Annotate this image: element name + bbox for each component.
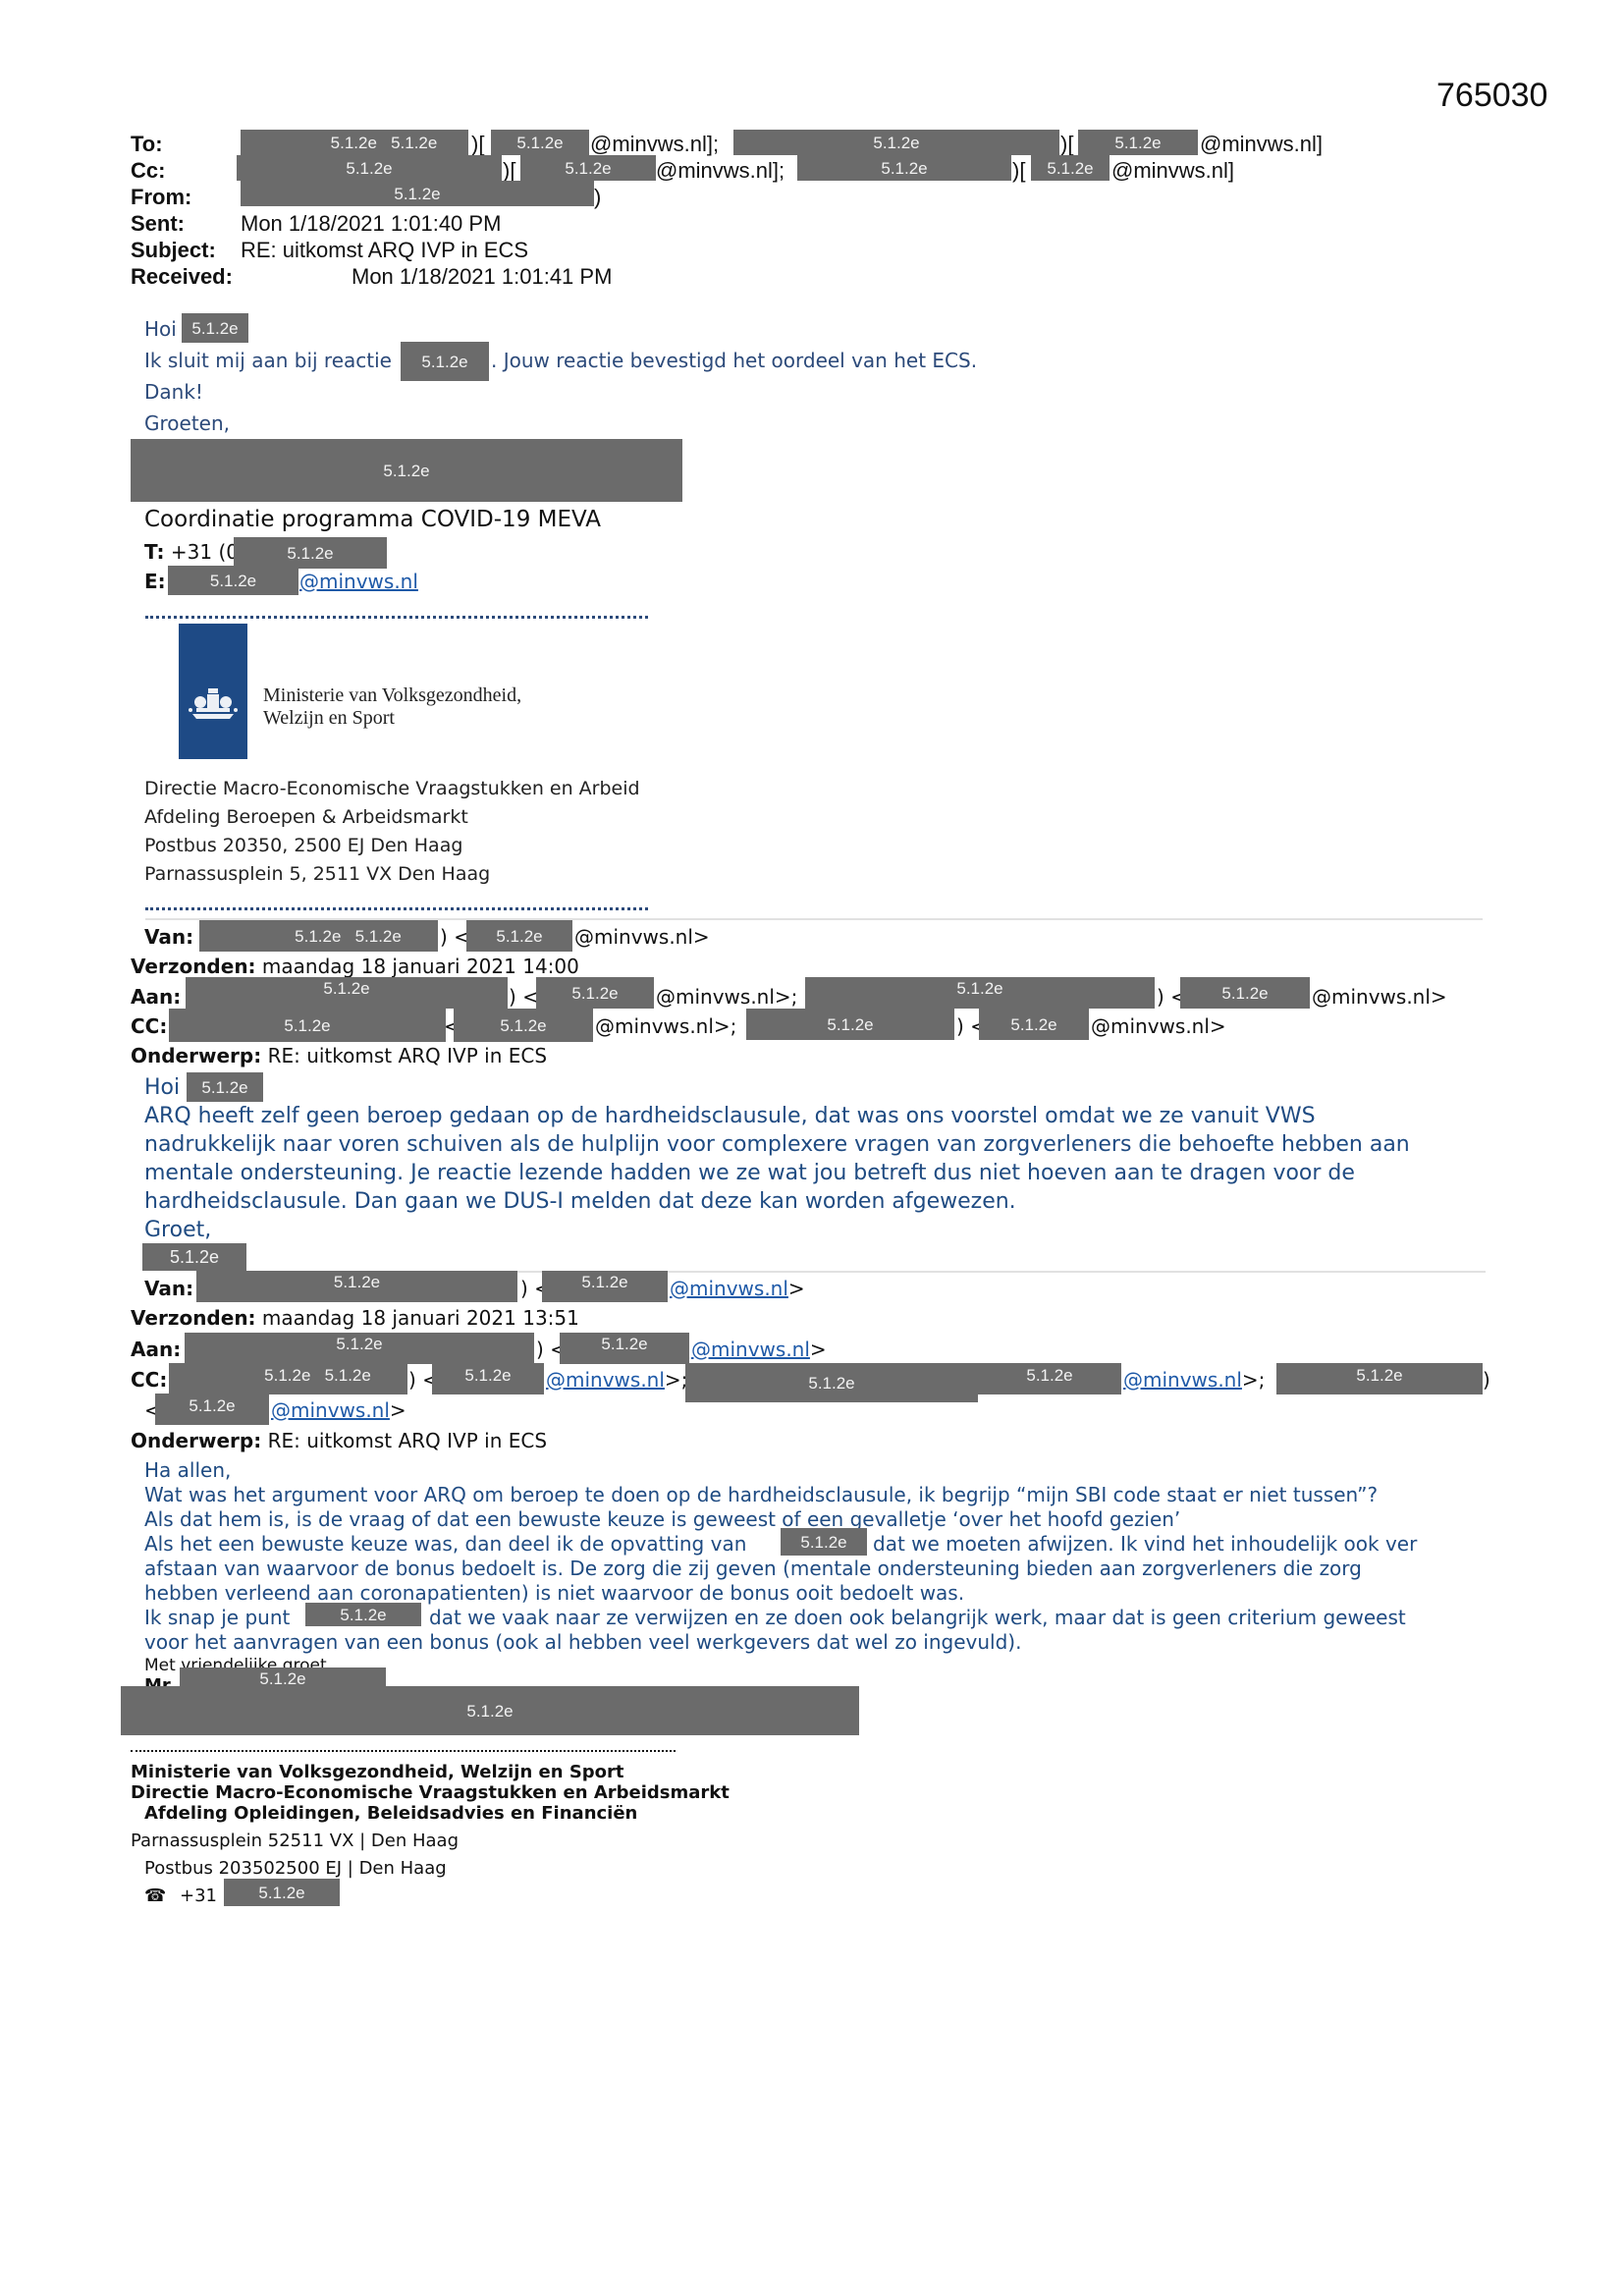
redaction: 5.1.2e [305, 1603, 421, 1626]
redacted-signature-name: 5.1.2e [121, 1686, 859, 1735]
redaction: 5.1.2e [491, 130, 589, 155]
email-link[interactable]: @minvws.nl [691, 1338, 810, 1361]
coat-of-arms-icon [179, 624, 247, 759]
redaction: 5.1.2e [155, 1394, 269, 1425]
redaction: 5.1.2e [224, 1879, 340, 1906]
dotted-divider [145, 616, 648, 619]
redaction: 5.1.2e [1180, 977, 1310, 1009]
phone-icon: ☎ [144, 1886, 166, 1906]
redaction: 5.1.2e [1276, 1363, 1483, 1394]
redaction: 5.1.2e [560, 1333, 689, 1364]
redaction: 5.1.2e [781, 1528, 867, 1556]
redaction: 5.1.2e [401, 342, 489, 381]
document-number: 765030 [1436, 77, 1547, 115]
redaction: 5.1.2e [234, 537, 387, 569]
ministry-name-line2: Welzijn en Sport [263, 707, 395, 730]
sent-value: Mon 1/18/2021 1:01:40 PM [241, 211, 501, 237]
subject-value: RE: uitkomst ARQ IVP in ECS [241, 238, 528, 263]
redaction: 5.1.2e 5.1.2e [241, 130, 468, 155]
redaction: 5.1.2e [805, 977, 1155, 1009]
email-link[interactable]: @minvws.nl [1123, 1368, 1242, 1392]
cc-label: Cc: [131, 158, 165, 184]
redaction: 5.1.2e [186, 977, 508, 1009]
redaction: 5.1.2e [169, 1009, 446, 1042]
redaction: 5.1.2e [978, 1363, 1121, 1394]
redaction: 5.1.2e [1031, 155, 1110, 181]
dotted-divider [145, 907, 648, 910]
redaction: 5.1.2e [536, 977, 654, 1009]
redaction: 5.1.2e [237, 155, 502, 181]
email-domain: @minvws.nl] [1200, 132, 1323, 157]
redaction: 5.1.2e [182, 313, 248, 343]
redaction: 5.1.2e [746, 1009, 954, 1040]
redacted-signature-name: 5.1.2e [131, 439, 682, 502]
email-link[interactable]: @minvws.nl [271, 1398, 390, 1422]
redaction: 5.1.2e [979, 1009, 1089, 1040]
signature-role: Coordinatie programma COVID-19 MEVA [144, 507, 601, 532]
redaction: 5.1.2e [168, 566, 298, 595]
redaction: 5.1.2e [1078, 130, 1198, 155]
redaction: 5.1.2e [733, 130, 1059, 155]
dotted-divider [131, 1750, 676, 1752]
redaction: 5.1.2e [196, 1271, 517, 1302]
email-domain: @minvws.nl]; [656, 158, 785, 184]
redaction: 5.1.2e [685, 1363, 978, 1402]
received-label: Received: [131, 264, 233, 290]
subject-label: Subject: [131, 238, 216, 263]
greeting: Hoi [144, 317, 177, 341]
redaction: 5.1.2e [187, 1072, 263, 1102]
received-value: Mon 1/18/2021 1:01:41 PM [352, 264, 612, 290]
from-label: From: [131, 185, 191, 210]
redaction: 5.1.2e [520, 155, 656, 181]
redaction: 5.1.2e [542, 1271, 668, 1302]
sent-label: Sent: [131, 211, 185, 237]
redaction: 5.1.2e 5.1.2e [199, 920, 438, 952]
redaction: 5.1.2e [185, 1333, 534, 1364]
redaction: 5.1.2e 5.1.2e [169, 1363, 407, 1394]
ministry-name-line1: Ministerie van Volksgezondheid, [263, 684, 521, 707]
to-label: To: [131, 132, 163, 157]
email-link[interactable]: @minvws.nl [670, 1277, 788, 1300]
redaction: 5.1.2e [432, 1363, 544, 1394]
redaction: 5.1.2e [466, 920, 572, 952]
email-link[interactable]: @minvws.nl [299, 570, 418, 593]
redaction: 5.1.2e [454, 1009, 593, 1042]
redacted-signature-name: 5.1.2e [142, 1243, 246, 1271]
email-link[interactable]: @minvws.nl [546, 1368, 665, 1392]
redaction: 5.1.2e [797, 155, 1011, 181]
rijksoverheid-logo [179, 624, 247, 759]
email-domain: @minvws.nl]; [590, 132, 719, 157]
email-domain: @minvws.nl] [1111, 158, 1234, 184]
redaction: 5.1.2e [241, 181, 594, 206]
